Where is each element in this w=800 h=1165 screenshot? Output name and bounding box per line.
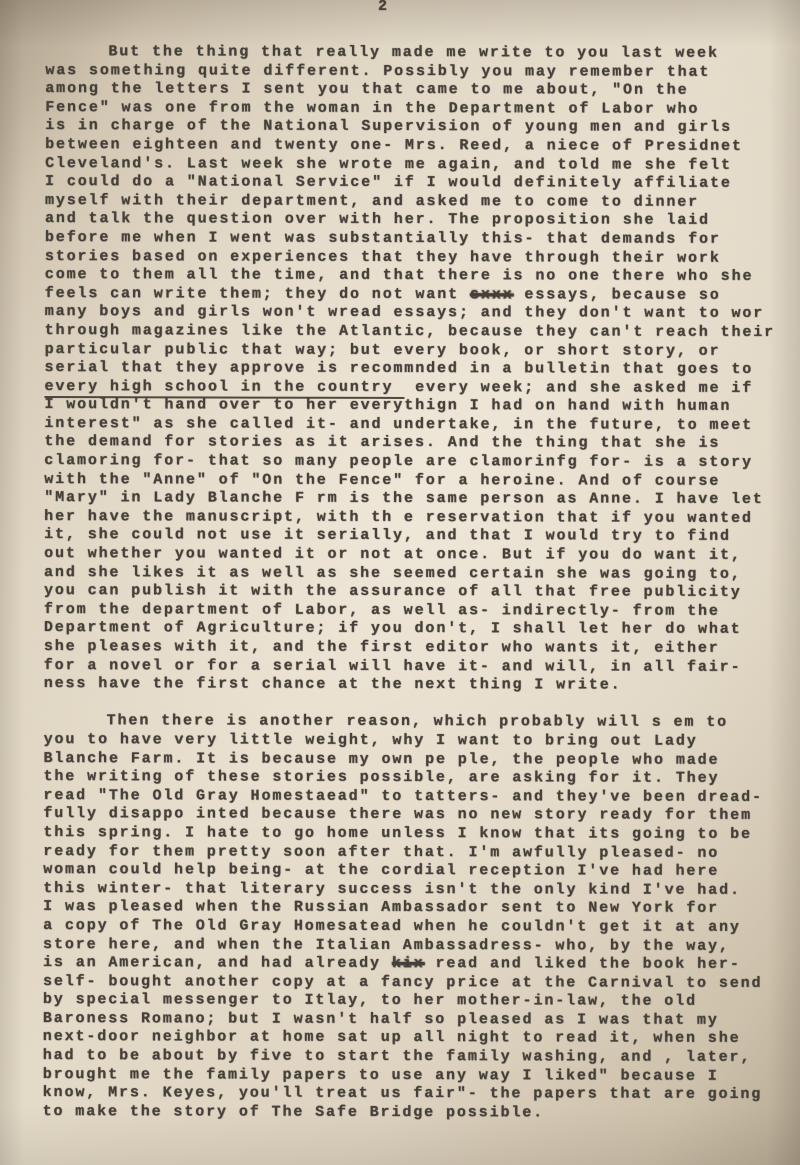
text-line: Department of Agriculture; if you don't,… bbox=[44, 619, 784, 640]
text-line: store here, and when the Italian Ambassa… bbox=[43, 936, 783, 957]
text-segment: clamoring for- that so many people are c… bbox=[44, 452, 753, 471]
text-segment: by special messenger to Itlay, to her mo… bbox=[43, 991, 697, 1010]
text-segment: ness have the first chance at the next t… bbox=[44, 675, 622, 694]
text-line: the writing of these stories possible, a… bbox=[43, 768, 783, 789]
text-line: by special messenger to Itlay, to her mo… bbox=[43, 991, 783, 1012]
text-segment: know, Mrs. Keyes, you'll treat us fair"-… bbox=[43, 1084, 763, 1103]
text-segment: self- bought another copy at a fancy pri… bbox=[43, 973, 763, 992]
typewritten-text: 2 But the thing that really made me writ… bbox=[43, 43, 786, 1123]
text-segment: a copy of The Old Gray Homesatead when h… bbox=[43, 917, 741, 936]
text-line: feels can write them; they do not want s… bbox=[45, 285, 785, 306]
text-line: between eighteen and twenty one- Mrs. Re… bbox=[45, 136, 785, 157]
text-segment: and she likes it as well as she seemed c… bbox=[44, 564, 742, 583]
text-line: clamoring for- that so many people are c… bbox=[44, 452, 784, 473]
text-segment: store here, and when the Italian Ambassa… bbox=[43, 936, 730, 955]
text-line: was something quite different. Possibly … bbox=[45, 62, 785, 83]
text-segment: stories based on experiences that they h… bbox=[45, 248, 721, 267]
letter-body: But the thing that really made me write … bbox=[43, 43, 786, 1123]
text-segment: with the "Anne" of "On the Fence" for a … bbox=[44, 471, 720, 490]
text-segment: through magazines like the Atlantic, bec… bbox=[45, 322, 775, 341]
text-segment: between eighteen and twenty one- Mrs. Re… bbox=[45, 136, 743, 155]
text-line: with the "Anne" of "On the Fence" for a … bbox=[44, 471, 784, 492]
text-line: among the letters I sent you that came t… bbox=[45, 80, 785, 101]
text-segment: "Mary" in Lady Blanche F rm is the same … bbox=[44, 489, 764, 508]
text-line: out whether you wanted it or not at once… bbox=[44, 545, 784, 566]
text-line: she pleases with it, and the first edito… bbox=[44, 638, 784, 659]
text-segment: I wouldn't hand over to her everythign I… bbox=[44, 396, 731, 415]
overstruck-word: kix bbox=[392, 955, 425, 972]
text-line: I could do a "National Service" if I wou… bbox=[45, 173, 785, 194]
text-line: come to them all the time, and that ther… bbox=[45, 266, 785, 287]
text-line: particular public that way; but every bo… bbox=[45, 341, 785, 362]
text-line: had to be about by five to start the fam… bbox=[43, 1047, 783, 1068]
text-segment: among the letters I sent you that came t… bbox=[45, 80, 688, 99]
text-segment: you can publish it with the assurance of… bbox=[44, 582, 742, 601]
text-segment: serial that they approve is recommnded i… bbox=[45, 359, 754, 378]
text-line: Then there is another reason, which prob… bbox=[44, 712, 784, 733]
text-segment: essays, because so bbox=[514, 286, 721, 304]
text-segment: interest" as she called it- and undertak… bbox=[44, 415, 753, 434]
text-line: know, Mrs. Keyes, you'll treat us fair"-… bbox=[43, 1084, 783, 1105]
text-segment: is in charge of the National Supervision… bbox=[45, 117, 732, 136]
text-segment: every week; and she asked me if bbox=[404, 379, 753, 397]
text-line: from the department of Labor, as well as… bbox=[44, 601, 784, 622]
text-line: for a novel or for a serial will have it… bbox=[44, 657, 784, 678]
text-line: fully disappo inted because there was no… bbox=[43, 805, 783, 826]
text-line: brought me the family papers to use any … bbox=[43, 1066, 783, 1087]
text-line: I was pleased when the Russian Ambassado… bbox=[43, 898, 783, 919]
text-segment: to make the story of The Safe Bridge pos… bbox=[43, 1103, 545, 1121]
text-segment: woman could help being- at the cordial r… bbox=[43, 861, 719, 880]
text-segment: read and liked the book her- bbox=[425, 955, 741, 973]
text-line: every high school in the country every w… bbox=[44, 378, 784, 399]
page-number: 2 bbox=[353, 0, 413, 17]
text-line: you can publish it with the assurance of… bbox=[44, 582, 784, 603]
text-segment: this spring. I hate to go home unless I … bbox=[43, 824, 752, 843]
text-segment: had to be about by five to start the fam… bbox=[43, 1047, 752, 1066]
text-line: ready for them pretty soon after that. I… bbox=[43, 843, 783, 864]
text-line: before me when I went was substantially … bbox=[45, 229, 785, 250]
text-segment: fully disappo inted because there was no… bbox=[43, 805, 752, 824]
text-line: this spring. I hate to go home unless I … bbox=[43, 824, 783, 845]
text-line: is in charge of the National Supervision… bbox=[45, 117, 785, 138]
text-line: Cleveland's. Last week she wrote me agai… bbox=[45, 155, 785, 176]
text-line: woman could help being- at the cordial r… bbox=[43, 861, 783, 882]
text-line: and she likes it as well as she seemed c… bbox=[44, 564, 784, 585]
text-segment: come to them all the time, and that ther… bbox=[45, 266, 754, 285]
paragraph: Then there is another reason, which prob… bbox=[43, 712, 784, 1123]
text-segment: this winter- that literary success isn't… bbox=[43, 880, 741, 899]
text-segment: Department of Agriculture; if you don't,… bbox=[44, 619, 742, 638]
text-segment: But the thing that really made me write … bbox=[108, 43, 719, 62]
text-segment: brought me the family papers to use any … bbox=[43, 1066, 719, 1085]
text-segment: Then there is another reason, which prob… bbox=[107, 713, 728, 732]
text-line: Fence" was one from the woman in the Dep… bbox=[45, 99, 785, 120]
text-line: it, she could not use it serially, and t… bbox=[44, 526, 784, 547]
text-line: her have the manuscript, with th e reser… bbox=[44, 508, 784, 529]
text-line: stories based on experiences that they h… bbox=[45, 248, 785, 269]
text-segment: particular public that way; but every bo… bbox=[45, 341, 721, 360]
text-line: through magazines like the Atlantic, bec… bbox=[45, 322, 785, 343]
text-segment: was something quite different. Possibly … bbox=[45, 62, 710, 81]
text-segment: the demand for stories as it arises. And… bbox=[44, 434, 720, 453]
text-segment: the writing of these stories possible, a… bbox=[43, 768, 719, 787]
text-segment: before me when I went was substantially … bbox=[45, 229, 721, 248]
text-line: self- bought another copy at a fancy pri… bbox=[43, 973, 783, 994]
text-line: But the thing that really made me write … bbox=[45, 43, 785, 64]
text-line: to make the story of The Safe Bridge pos… bbox=[43, 1103, 783, 1124]
text-segment: I was pleased when the Russian Ambassado… bbox=[43, 898, 719, 917]
letter-page: 2 But the thing that really made me writ… bbox=[0, 0, 800, 1165]
text-segment: myself with their department, and asked … bbox=[45, 192, 699, 211]
text-segment: Blanche Farm. It is because my own pe pl… bbox=[44, 750, 720, 769]
text-segment: out whether you wanted it or not at once… bbox=[44, 545, 742, 564]
paragraph: But the thing that really made me write … bbox=[44, 43, 786, 696]
text-segment: next-door neighbor at home sat up all ni… bbox=[43, 1028, 741, 1047]
text-line: myself with their department, and asked … bbox=[45, 192, 785, 213]
text-segment: I could do a "National Service" if I wou… bbox=[45, 173, 732, 192]
text-segment: many boys and girls won't wread essays; … bbox=[45, 303, 765, 322]
text-segment: feels can write them; they do not want bbox=[45, 285, 470, 303]
text-line: is an American, and had already kix read… bbox=[43, 954, 783, 975]
text-line: Blanche Farm. It is because my own pe pl… bbox=[44, 750, 784, 771]
text-segment: she pleases with it, and the first edito… bbox=[44, 638, 720, 657]
text-segment: Cleveland's. Last week she wrote me agai… bbox=[45, 155, 732, 174]
text-segment: Fence" was one from the woman in the Dep… bbox=[45, 99, 699, 118]
text-segment: and talk the question over with her. The… bbox=[45, 210, 710, 229]
text-line: many boys and girls won't wread essays; … bbox=[45, 303, 785, 324]
text-line: read "The Old Gray Homestaead" to tatter… bbox=[43, 787, 783, 808]
text-segment: ready for them pretty soon after that. I… bbox=[43, 843, 719, 862]
text-line: the demand for stories as it arises. And… bbox=[44, 434, 784, 455]
overstruck-word: sxxx bbox=[470, 286, 514, 303]
text-segment: Baroness Romano; but I wasn't half so pl… bbox=[43, 1010, 719, 1029]
text-line: serial that they approve is recommnded i… bbox=[45, 359, 785, 380]
text-segment: from the department of Labor, as well as… bbox=[44, 601, 720, 620]
text-segment: for a novel or for a serial will have it… bbox=[44, 657, 742, 676]
text-segment: her have the manuscript, with th e reser… bbox=[44, 508, 753, 527]
text-line: I wouldn't hand over to her everythign I… bbox=[44, 396, 784, 417]
text-segment: you to have very little weight, why I wa… bbox=[44, 731, 698, 750]
text-line: this winter- that literary success isn't… bbox=[43, 880, 783, 901]
text-line: "Mary" in Lady Blanche F rm is the same … bbox=[44, 489, 784, 510]
text-line: a copy of The Old Gray Homesatead when h… bbox=[43, 917, 783, 938]
text-line: you to have very little weight, why I wa… bbox=[44, 731, 784, 752]
text-segment: read "The Old Gray Homestaead" to tatter… bbox=[43, 787, 763, 806]
text-segment: it, she could not use it serially, and t… bbox=[44, 526, 731, 545]
text-line: and talk the question over with her. The… bbox=[45, 210, 785, 231]
text-segment: is an American, and had already bbox=[43, 954, 392, 972]
text-line: ness have the first chance at the next t… bbox=[44, 675, 784, 696]
text-line: next-door neighbor at home sat up all ni… bbox=[43, 1028, 783, 1049]
